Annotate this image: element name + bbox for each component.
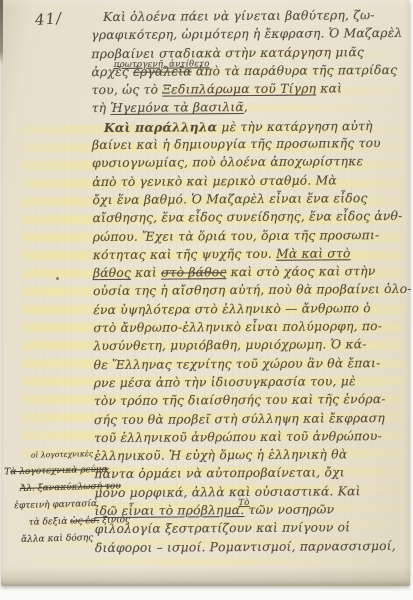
handwriting-segment: σής του θὰ προβεῖ στὴ σύλληψη καὶ ἔκφρασ… (94, 411, 385, 427)
handwriting-segment: ρνε μέσα ἀπὸ τὴν ἰδιοσυγκρασία του, μὲ (94, 374, 356, 390)
handwriting-segment: Ἀλ. ξανακύκλωσή του (20, 481, 121, 494)
text-line: τὴ Ἡγεμόνα τὰ βασιλιᾶ, (92, 99, 404, 119)
handwriting-segment: φιλολογία ξεστρατίζουν καὶ πνίγουν οἱ (95, 521, 351, 537)
text-line: μόνο μορφικά, ἀλλὰ καὶ οὐσιαστικά. Καὶ (94, 484, 406, 504)
handwriting-segment: μὲ τὴν κατάργηση αὐτὴ (217, 119, 373, 134)
handwriting-segment: προβαίνει σταδιακὰ στὴν κατάργηση μιᾶς (91, 45, 364, 61)
handwriting-segment: Καὶ παράλληλα (104, 119, 217, 135)
page-bottom-shadow (1, 566, 410, 586)
margin-note-line: ἄλλα καὶ δόσης (21, 530, 110, 549)
handwriting-segment: τὸν τρόπο τῆς διαίσθησής του καὶ τῆς ἐνό… (94, 392, 386, 408)
handwriting-segment: ὄχι ἕνα βαθμό. Ὁ Μαζαρὲλ εἶναι ἕνα εἶδος (92, 191, 367, 207)
text-line: διάφοροι – ισμοί. Ρομαντισμοί, παρνασσισ… (95, 539, 407, 559)
handwriting-segment: κότητας καὶ τῆς ψυχῆς του. (93, 247, 276, 262)
text-line: φυσιογνωμίας, ποὺ ὁλοένα ἀποχωρίστηκε (92, 154, 404, 174)
text-line: οὐσία της ἡ αἴσθηση αὐτή, ποὺ θὰ προβαίν… (93, 282, 405, 302)
handwriting-segment: διάφοροι – ισμοί. Ρομαντισμοί, παρνασσισ… (95, 539, 396, 555)
text-line: ἀρχὲς ἐργαλεῖαπρωτογενῆ, ἀντίθετο ἀπὸ τὰ… (91, 63, 403, 83)
handwriting-segment: ἑφτεινὴ φαντασία (14, 499, 97, 511)
handwriting-segment: ένα ὑψηλότερα στὸ ἑλληνικὸ — ἄνθρωπο ὁ (93, 301, 371, 317)
handwriting-segment: βάθος (93, 266, 131, 280)
text-line: Καὶ παράλληλα μὲ τὴν κατάργηση αὐτὴ (92, 118, 404, 138)
handwriting-segment: μόνο μορφικά, ἀλλὰ καὶ οὐσιαστικά. Καὶ (94, 484, 360, 500)
handwriting-segment: τῶν νοσηρῶν (244, 502, 334, 517)
handwriting-segment: τοῦ ἑλληνικοῦ ἀνθρώπου καὶ τοῦ ἀνθρώπου- (94, 429, 382, 445)
handwriting-segment: οὐσία της ἡ αἴσθηση αὐτή, ποὺ θὰ προβαίν… (93, 282, 412, 298)
handwriting-segment: Ξεδιπλάρωμα τοῦ Τίγρη (162, 82, 316, 97)
handwriting-segment: τὴ (92, 101, 111, 115)
handwriting-segment: πάντα ὁρμάει νὰ αὐτοπροβαίνεται, ὄχι (94, 466, 345, 482)
handwriting-segment: ἑλληνικοῦ. Ἡ εὐχὴ ὅμως ἡ ἑλληνικὴ θὰ (94, 447, 347, 463)
text-line: κότητας καὶ τῆς ψυχῆς του. Μὰ καὶ στὸ (93, 246, 405, 266)
text-line: ἀπὸ τὸ γενικὸ καὶ μερικὸ σταθμό. Μὰ (92, 173, 404, 193)
handwriting-segment: ἀπὸ τὸ γενικὸ καὶ μερικὸ σταθμό. Μὰ (92, 173, 337, 189)
handwriting-segment: ἀπὸ τὰ παράθυρα τῆς πατρίδας (192, 63, 398, 78)
text-line: φιλολογία ξεστρατίζουν καὶ πνίγουν οἱ (95, 520, 407, 540)
handwriting-segment: αἴσθησης, ἕνα εἶδος συνείδησης, ἕνα εἶδο… (92, 209, 402, 225)
margin-note-line: τὰ δεξιὰ ὡς ἐσ. ξινιὸς (28, 513, 109, 532)
text-line: ἑλληνικοῦ. Ἡ εὐχὴ ὅμως ἡ ἑλληνικὴ θὰ (94, 447, 406, 467)
text-line: λυσύνθετη, μυριόβαθη, μυριόχρωμη. Ὁ κά- (93, 337, 405, 357)
handwriting-segment: ρώπου. Ἔχει τὰ ὅριά του, ὅρια τῆς προσωπ… (93, 228, 380, 244)
text-line: ἰδῶ εἶναι τὸ πρόβλημα.Τὸ τῶν νοσηρῶν (95, 502, 407, 522)
handwriting-segment: θε Ἕλληνας τεχνίτης τοῦ χώρου ἂν θὰ ἔπαι… (94, 356, 381, 372)
text-line: του, ὡς τὸ Ξεδιπλάρωμα τοῦ Τίγρη καὶ (92, 81, 404, 101)
handwriting-segment: Μὰ καὶ στὸ (276, 246, 351, 261)
text-line: πάντα ὁρμάει νὰ αὐτοπροβαίνεται, ὄχι (94, 465, 406, 485)
handwriting-segment: ἄλλα καὶ δόσης (21, 533, 93, 545)
handwriting-segment: ὰ λογοτεχνικὰ ρεύμα (10, 465, 108, 478)
handwriting-segment: οἱ λογοτεχνικὲς (31, 449, 93, 460)
text-line: τὸν τρόπο τῆς διαίσθησής του καὶ τῆς ἐνό… (94, 392, 406, 412)
margin-note-line: οἱ λογοτεχνικὲς (31, 445, 108, 464)
page-number: 41/ (34, 9, 63, 29)
text-line: ένα ὑψηλότερα στὸ ἑλληνικὸ — ἄνθρωπο ὁ (93, 301, 405, 321)
handwriting-segment: φυσιογνωμίας, ποὺ ὁλοένα ἀποχωρίστηκε (92, 155, 363, 171)
text-line: τοῦ ἑλληνικοῦ ἀνθρώπου καὶ τοῦ ἀνθρώπου- (94, 429, 406, 449)
handwriting-segment: ὡς ἐσ. (70, 516, 99, 527)
handwriting-segment: Ἡγεμόνα τὰ βασιλιᾶ (110, 101, 244, 116)
handwriting-segment: καὶ (131, 266, 161, 280)
handwriting-segment: Καὶ ὁλοένα πάει νὰ γίνεται βαθύτερη, ζω- (103, 8, 375, 24)
handwriting-segment: στὸ βάθος (161, 265, 227, 279)
text-line: σής του θὰ προβεῖ στὴ σύλληψη καὶ ἔκφρασ… (94, 410, 406, 430)
ink-dot (56, 277, 59, 280)
handwriting-segment: βαίνει καὶ ἡ δημιουργία τῆς προσωπικῆς τ… (92, 136, 381, 152)
handwriting-segment: καὶ (316, 82, 342, 96)
handwriting-segment: καὶ στὸ χάος καὶ στὴν (226, 264, 375, 279)
page-edge-shadow (0, 0, 3, 64)
handwriting-segment: τὰ δεξιὰ (29, 517, 71, 528)
handwriting-segment: του, ὡς τὸ (92, 83, 163, 97)
handwriting-segment: γραφικότερη, ὡριμότερη ἡ ἔκφραση. Ὁ Μαζα… (91, 26, 402, 42)
text-line: γραφικότερη, ὡριμότερη ἡ ἔκφραση. Ὁ Μαζα… (91, 26, 403, 46)
handwriting-segment: , (244, 100, 248, 114)
margin-note: οἱ λογοτεχνικὲςΤὰ λογοτεχνικὰ ρεύμαἈλ. ξ… (4, 445, 111, 550)
handwriting-segment: στὸ ἄνθρωπο-ἑλληνικὸ εἶναι πολύμορφη, πο… (93, 319, 382, 335)
manuscript-text: Καὶ ὁλοένα πάει νὰ γίνεται βαθύτερη, ζω-… (91, 8, 407, 559)
text-line: ρώπου. Ἔχει τὰ ὅριά του, ὅρια τῆς προσωπ… (93, 227, 405, 247)
handwriting-segment: λυσύνθετη, μυριόβαθη, μυριόχρωμη. Ὁ κά- (93, 338, 366, 354)
text-line: αἴσθησης, ἕνα εἶδος συνείδησης, ἕνα εἶδο… (92, 209, 404, 229)
handwriting-segment: ξινιὸς (99, 515, 130, 526)
text-line: θε Ἕλληνας τεχνίτης τοῦ χώρου ἂν θὰ ἔπαι… (94, 356, 406, 376)
